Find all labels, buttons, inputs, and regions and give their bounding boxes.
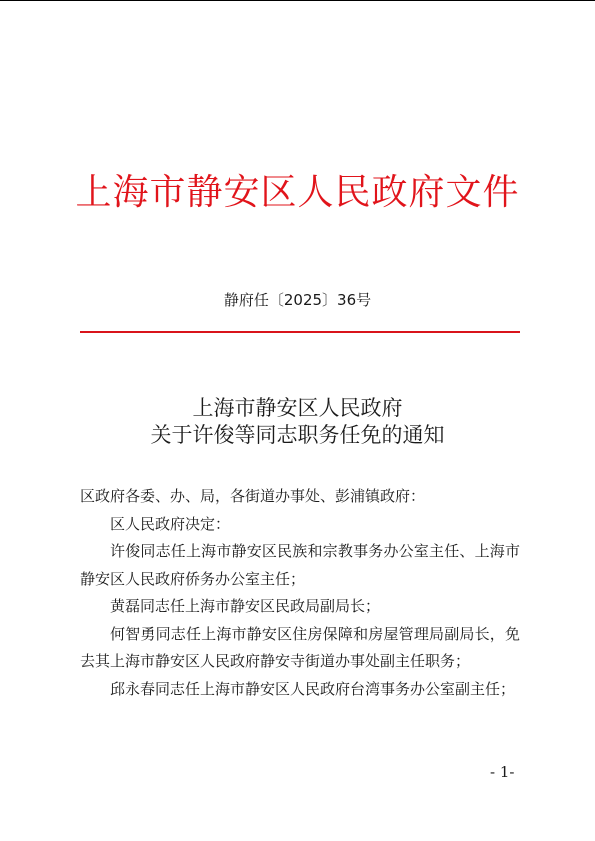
body-paragraph: 黄磊同志任上海市静安区民政局副局长； — [80, 593, 520, 621]
page-number: - 1- — [490, 763, 514, 781]
notice-body: 区政府各委、办、局，各街道办事处、彭浦镇政府： 区人民政府决定： 许俊同志任上海… — [80, 483, 520, 703]
red-separator-line — [80, 331, 520, 333]
body-paragraph: 许俊同志任上海市静安区民族和宗教事务办公室主任、上海市静安区人民政府侨务办公室主… — [80, 538, 520, 593]
body-paragraph: 何智勇同志任上海市静安区住房保障和房屋管理局副局长，免去其上海市静安区人民政府静… — [80, 621, 520, 676]
page-top-border — [0, 0, 595, 1]
title-line-2: 关于许俊等同志职务任免的通知 — [0, 422, 595, 449]
notice-title: 上海市静安区人民政府 关于许俊等同志职务任免的通知 — [0, 395, 595, 449]
addressee: 区政府各委、办、局，各街道办事处、彭浦镇政府： — [80, 483, 520, 511]
title-line-1: 上海市静安区人民政府 — [0, 395, 595, 422]
issuer-header: 上海市静安区人民政府文件 — [0, 168, 595, 218]
document-number: 静府任〔2025〕36号 — [0, 289, 595, 310]
body-paragraph: 邱永春同志任上海市静安区人民政府台湾事务办公室副主任； — [80, 676, 520, 704]
body-paragraph: 区人民政府决定： — [80, 511, 520, 539]
